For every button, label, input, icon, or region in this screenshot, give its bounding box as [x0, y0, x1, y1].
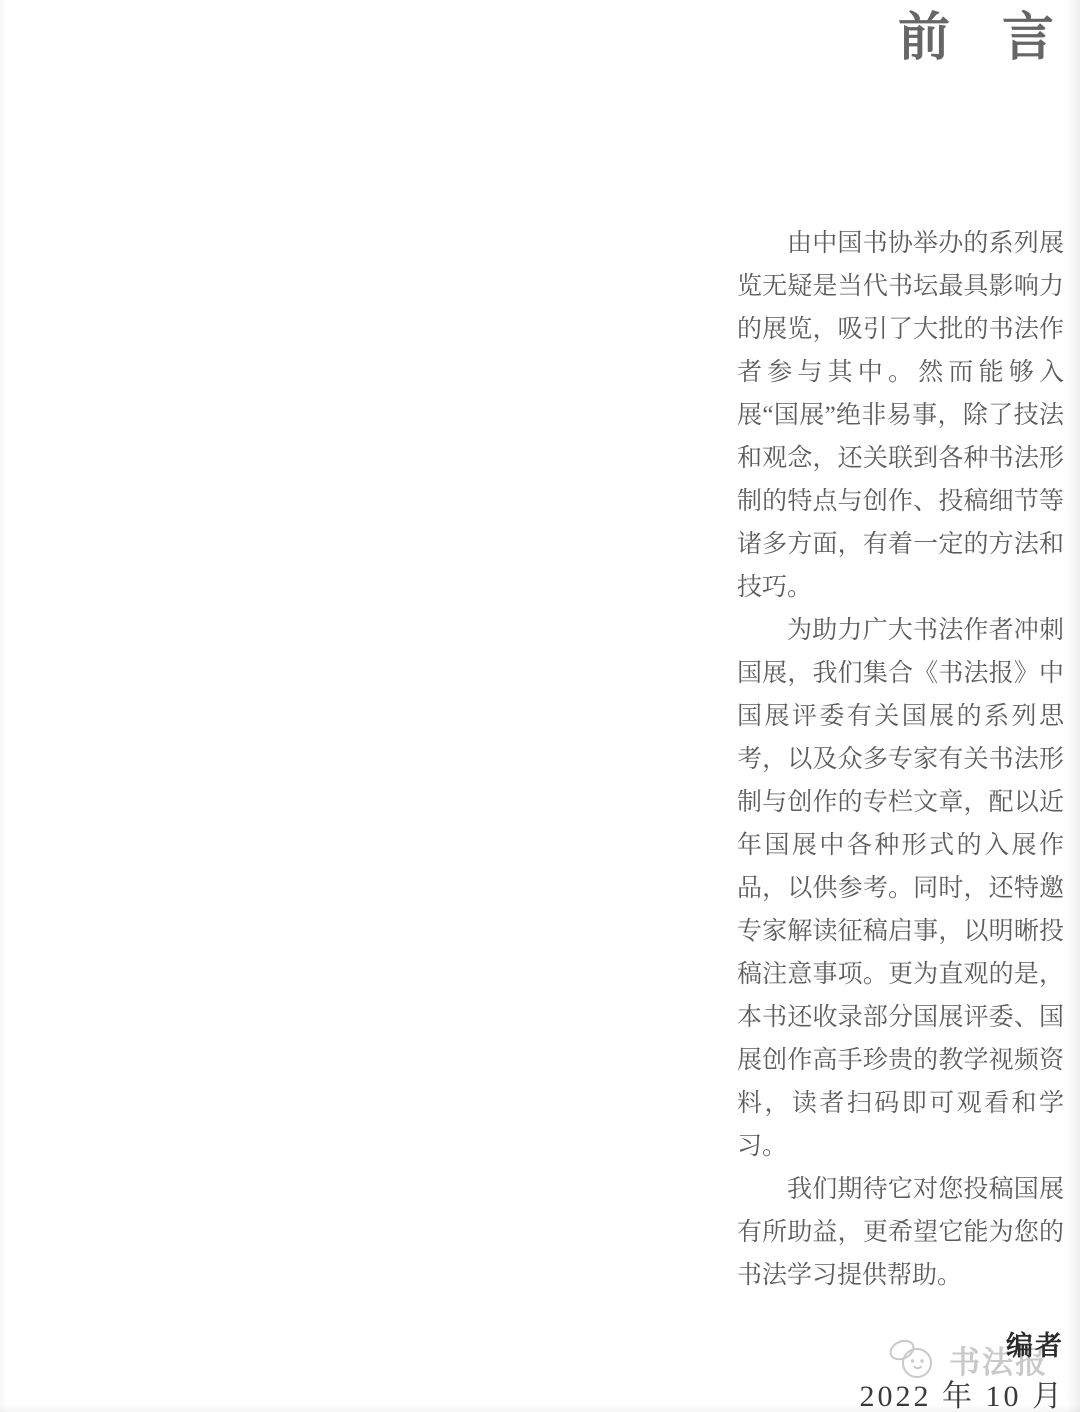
paragraph-3: 我们期待它对您投稿国展有所助益，更希望它能为您的书法学习提供帮助。	[737, 1168, 1064, 1297]
preface-page: 前 言 由中国书协举办的系列展览无疑是当代书坛最具影响力的展览，吸引了大批的书法…	[0, 0, 1080, 1412]
editor-signature: 编者	[1006, 1324, 1064, 1363]
paragraph-1: 由中国书协举办的系列展览无疑是当代书坛最具影响力的展览，吸引了大批的书法作者参与…	[737, 222, 1064, 609]
publication-date: 2022 年 10 月	[860, 1371, 1066, 1412]
preface-body: 由中国书协举办的系列展览无疑是当代书坛最具影响力的展览，吸引了大批的书法作者参与…	[737, 222, 1064, 1297]
page-edge-left	[0, 0, 8, 1412]
page-title: 前 言	[898, 8, 1054, 70]
page-edge-right	[1066, 0, 1080, 1412]
paragraph-2: 为助力广大书法作者冲刺国展，我们集合《书法报》中国展评委有关国展的系列思考，以及…	[737, 609, 1064, 1168]
